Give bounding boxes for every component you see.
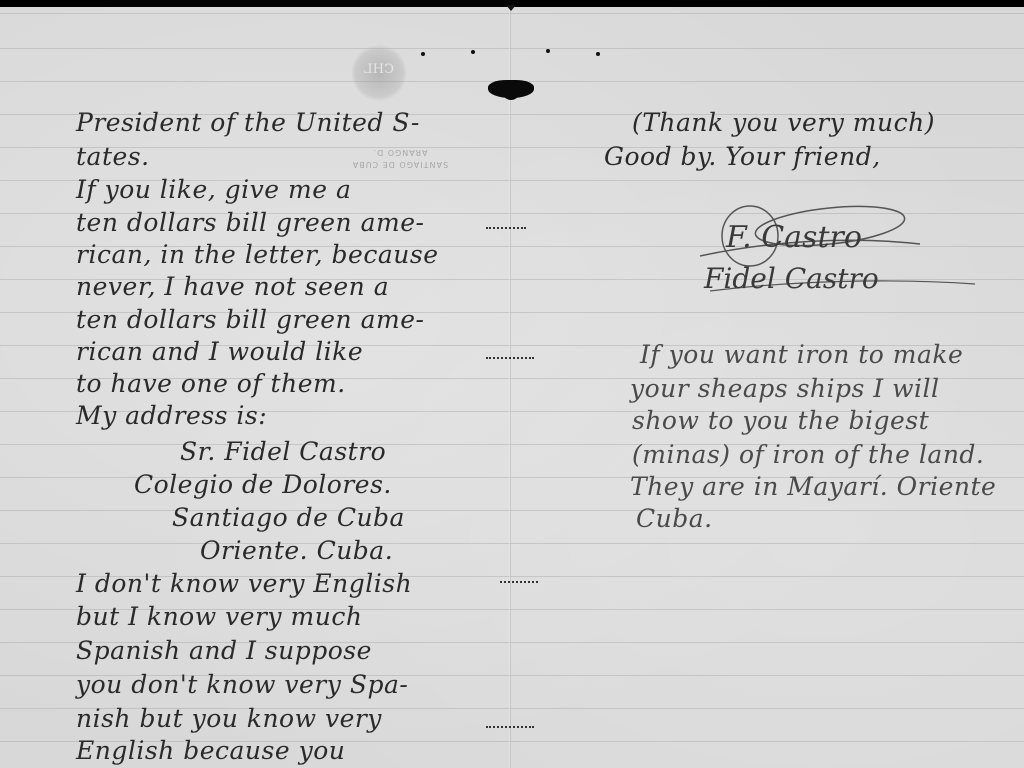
postscript-line: Cuba. — [636, 504, 713, 534]
staple-mark — [486, 726, 534, 730]
signature: F. Castro Fidel Castro — [690, 196, 990, 306]
address-name: Sr. Fidel Castro — [180, 437, 386, 467]
staple-mark — [486, 357, 534, 361]
scanned-letter: CHL ARANGO D. SANTIAGO DE CUBA President… — [0, 0, 1024, 768]
letterhead-bleed-line-2: SANTIAGO DE CUBA — [300, 160, 500, 169]
signature-name: Fidel Castro — [704, 262, 879, 295]
seal-text: CHL — [352, 62, 406, 77]
letter-line: rican, in the letter, because — [76, 240, 439, 270]
address-city: Santiago de Cuba — [172, 503, 405, 533]
letter-line: English because you — [76, 736, 345, 766]
letter-line: never, I have not seen a — [76, 272, 389, 302]
letter-line: I don't know very English — [76, 569, 412, 599]
staple-mark — [486, 227, 526, 231]
signature-scrawl: F. Castro — [726, 220, 862, 255]
address-school: Colegio de Dolores. — [134, 470, 392, 500]
letter-line: My address is: — [76, 401, 267, 431]
letterhead-seal-icon: CHL — [352, 44, 406, 102]
closing-thanks: (Thank you very much) — [632, 108, 935, 138]
postscript-line: They are in Mayarí. Oriente — [630, 472, 996, 502]
pin-hole — [471, 50, 475, 54]
letter-line: you don't know very Spa- — [76, 670, 408, 700]
postscript-line: show to you the bigest — [632, 406, 929, 436]
letterhead-bleed-line-1: ARANGO D. — [300, 148, 500, 157]
page-fold — [509, 7, 511, 768]
address-province: Oriente. Cuba. — [200, 536, 393, 566]
postscript-line: If you want iron to make — [640, 340, 963, 370]
letter-line: to have one of them. — [76, 369, 346, 399]
letter-line: tates. — [76, 142, 150, 172]
letter-line: President of the United S- — [76, 108, 420, 138]
pin-hole — [546, 49, 550, 53]
postscript-line: your sheaps ships I will — [630, 374, 940, 404]
closing-farewell: Good by. Your friend, — [604, 142, 881, 172]
staple-mark — [500, 581, 538, 585]
letter-line: but I know very much — [76, 602, 362, 632]
pin-hole — [596, 52, 600, 56]
pin-hole — [421, 52, 425, 56]
letter-line: If you like, give me a — [76, 175, 351, 205]
letter-line: rican and I would like — [76, 337, 363, 367]
letter-line: ten dollars bill green ame- — [76, 208, 424, 238]
letter-line: nish but you know very — [76, 704, 382, 734]
letter-line: ten dollars bill green ame- — [76, 305, 424, 335]
fold-notch — [506, 5, 516, 11]
postscript-line: (minas) of iron of the land. — [632, 440, 984, 470]
ink-blot — [488, 80, 534, 98]
letter-line: Spanish and I suppose — [76, 636, 372, 666]
